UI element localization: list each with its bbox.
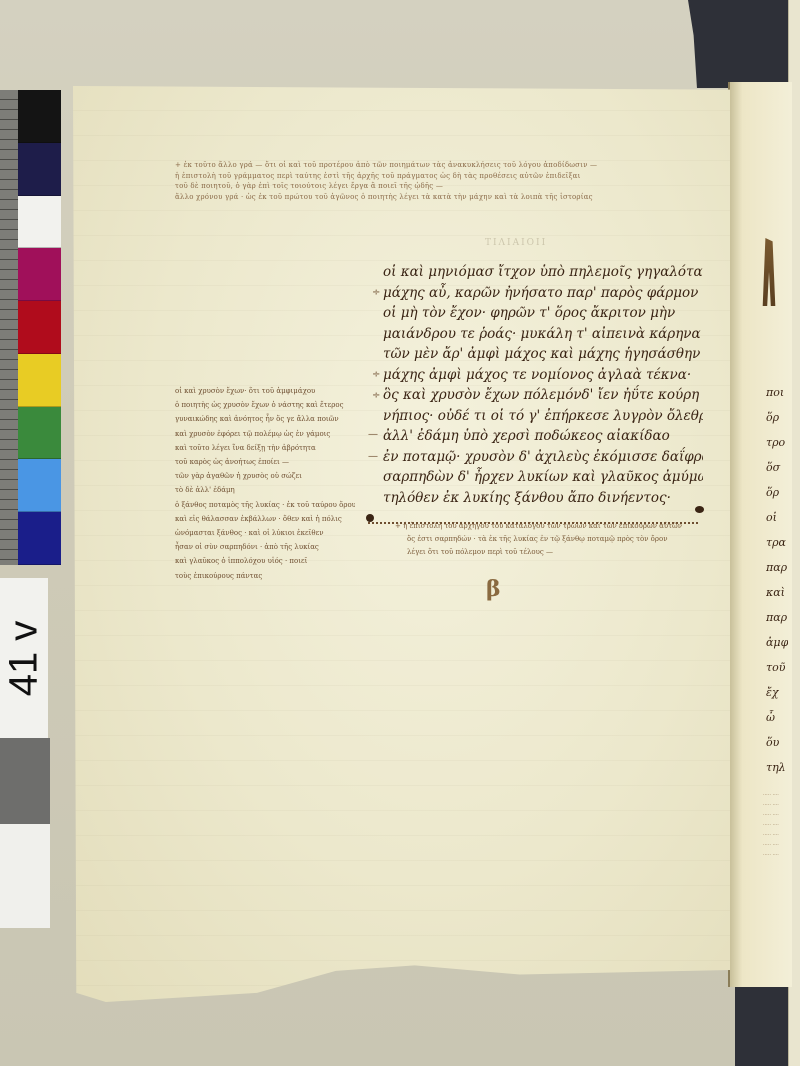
text-line: τῶν μὲν ἄρ' ἀμφὶ μάχος καὶ μάχης ἡγησάσθ…	[383, 344, 703, 365]
text-line: οἱ καὶ μηνιόμασ ἴτχον ὑπὸ πηλεμοῖς γηγαλ…	[383, 262, 703, 283]
note-line: + ἐκ τοῦτο ἄλλο γρά — ὅτι οἱ καὶ τοῦ προ…	[175, 160, 715, 171]
note-line: ἄλλο χρόνου γρά · ὡς ἐκ τοῦ πρώτου τοῦ ἀ…	[175, 192, 715, 203]
color-patch-black	[18, 90, 61, 143]
text-line: μάχης ἀμφὶ μάχος τε νομίονος ἀγλαὰ τέκνα…	[383, 365, 703, 386]
dash-marker-icon: —	[368, 429, 378, 440]
text-line: οἱ μὴ τὸν ἔχον· φηρῶν τ' ὅρος ἄκριτον μὴ…	[383, 303, 703, 324]
paragraph-marker-icon: ÷	[372, 369, 380, 380]
color-patch-dark-blue	[18, 143, 61, 196]
note-line: τοῦ δὲ ποιητοῦ, ὁ γὰρ ἐπὶ τοῖς τοιούτοις…	[175, 181, 715, 192]
color-patch-green	[18, 407, 61, 460]
text-line: μάχης αὖ, καρῶν ἠνήσατο παρ' παρὸς φάρμο…	[383, 283, 703, 304]
text-line: ἀλλ' ἐδάμη ὑπὸ χερσὶ ποδώκεος αἰακίδαο	[383, 426, 703, 447]
color-calibration-chart	[18, 90, 61, 565]
facing-page-notes: ····· ···· ····· ···· ····· ···· ····· ·…	[763, 790, 787, 860]
gray-reference-patch	[0, 738, 50, 824]
dark-cloth-top-right	[688, 0, 800, 88]
dash-marker-icon: —	[368, 451, 378, 462]
color-patch-magenta	[18, 248, 61, 301]
text-line: τηλόθεν ἐκ λυκίης ξάνθου ἄπο δινήεντος·	[383, 488, 703, 509]
color-patch-blue	[18, 512, 61, 565]
left-marginal-scholia: οἱ καὶ χρυσὸν ἔχων· ὅτι τοῦ ἀμφιμάχου ὁ …	[175, 384, 355, 583]
color-patch-yellow	[18, 354, 61, 407]
folio-label: 41 v	[0, 578, 48, 738]
top-marginal-notes: + ἐκ τοῦτο ἄλλο γρά — ὅτι οἱ καὶ τοῦ προ…	[175, 160, 715, 202]
white-reference-patch	[0, 824, 50, 928]
folio-number: 41 v	[2, 620, 47, 696]
color-patch-white	[18, 196, 61, 249]
text-line: νήπιος· οὐδέ τι οἱ τό γ' ἐπήρκεσε λυγρὸν…	[383, 406, 703, 427]
paragraph-marker-icon: ÷	[372, 287, 380, 298]
text-line: μαιάνδρου τε ῥοάς· μυκάλη τ' αἰπεινὰ κάρ…	[383, 324, 703, 345]
paragraph-marker-icon: ÷	[372, 390, 380, 401]
color-patch-red	[18, 301, 61, 354]
measurement-ruler	[0, 90, 19, 565]
note-line: ἡ ἐπιστολὴ τοῦ γράμματος περὶ ταύτης ἐστ…	[175, 171, 715, 182]
main-text-block: οἱ καὶ μηνιόμασ ἴτχον ὑπὸ πηλεμοῖς γηγαλ…	[383, 262, 703, 508]
facing-page-text: ποι ὅρ τρο ὅσ ὅρ οἱ τρα παρ καὶ παρ ἀμφ …	[766, 380, 788, 780]
bottom-scholia: + ἡ ἐπιστολὴ τοῦ ἀρχηγοῦ τοῦ καταλόγου τ…	[395, 520, 695, 559]
quire-signature-monogram: β	[486, 576, 501, 602]
running-title: ΤΙΛΙΑΙΟΙΙ	[485, 238, 547, 248]
text-line: ἐν ποταμῷ· χρυσὸν δ' ἀχιλεὺς ἐκόμισσε δα…	[383, 447, 703, 468]
text-line: σαρπηδὼν δ' ἦρχεν λυκίων καὶ γλαῦκος ἀμύ…	[383, 467, 703, 488]
color-patch-cyan	[18, 459, 61, 512]
text-line: ὃς καὶ χρυσὸν ἔχων πόλεμόνδ' ἴεν ἠΰτε κο…	[383, 385, 703, 406]
